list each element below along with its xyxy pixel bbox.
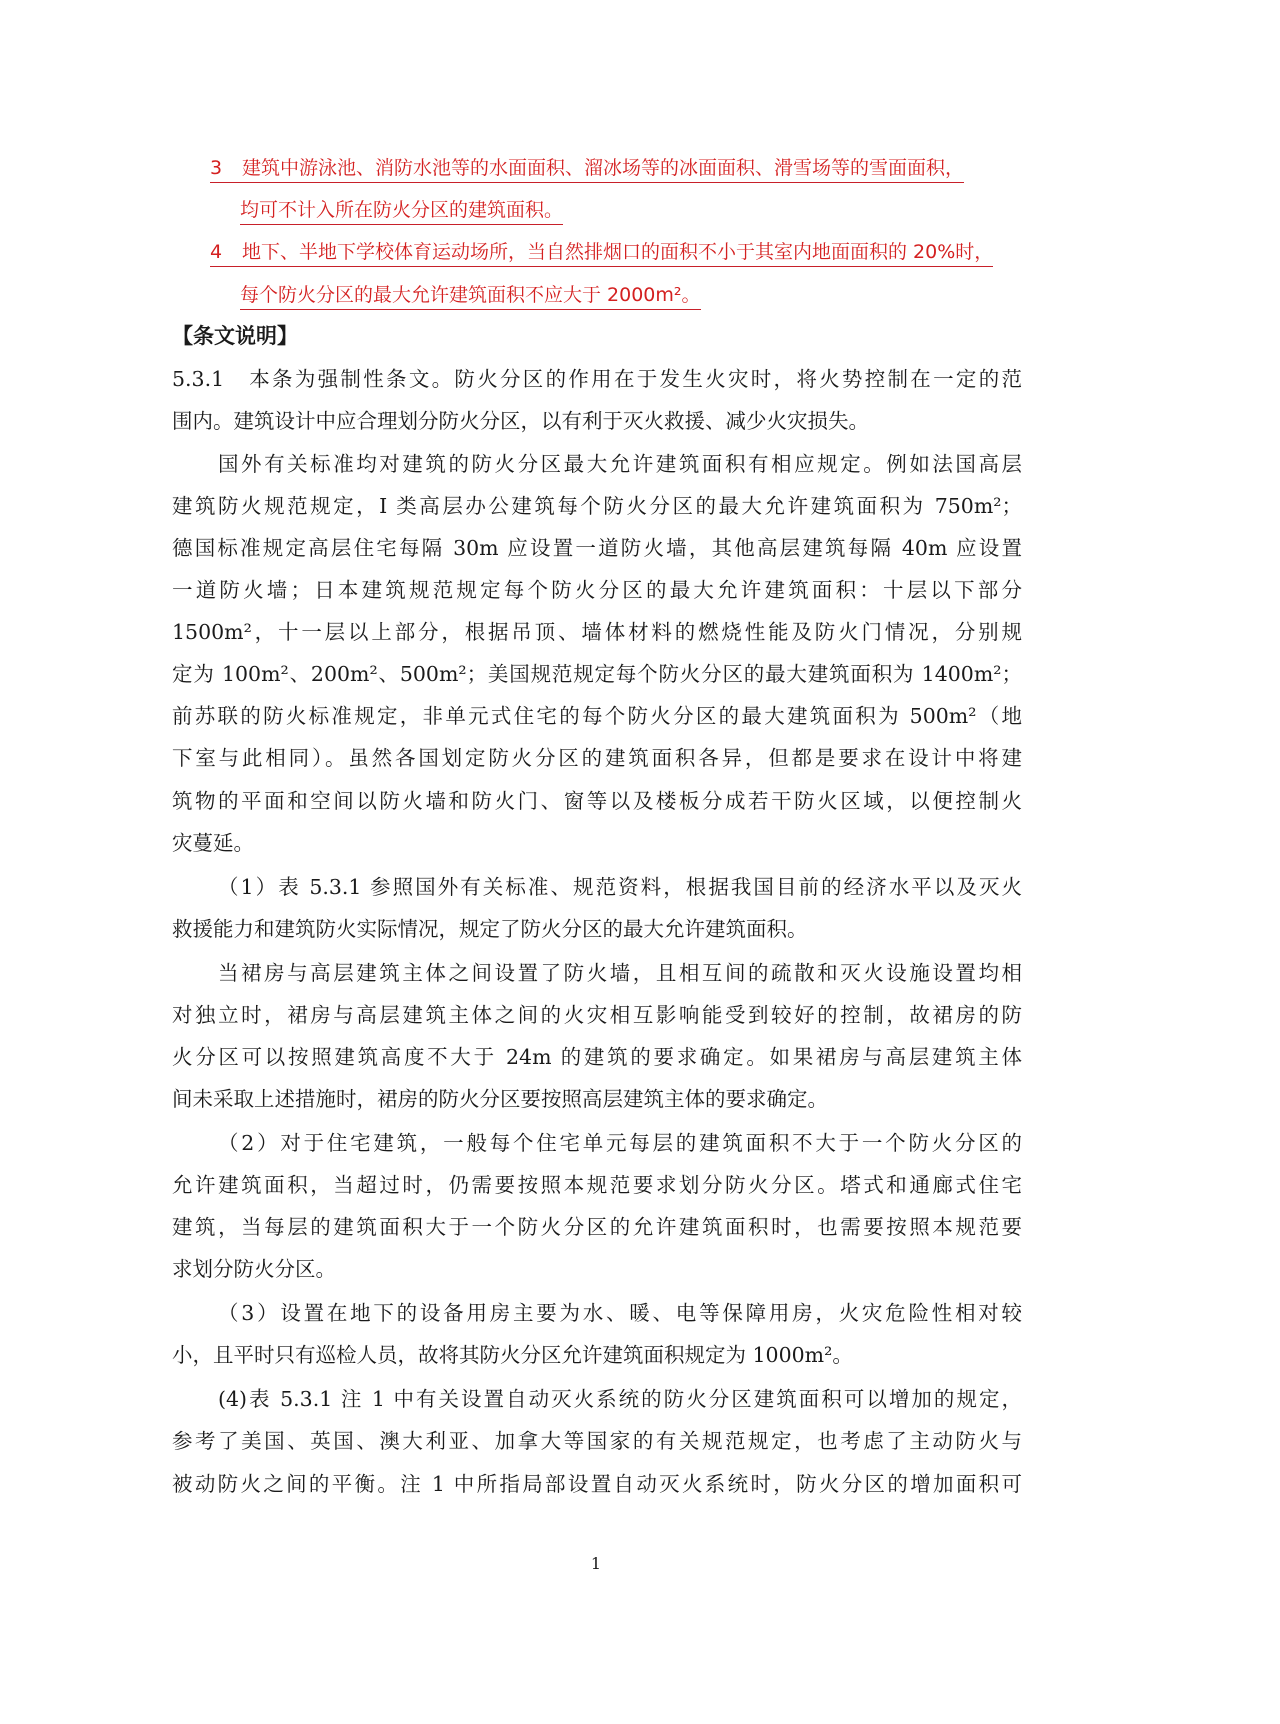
body-line: 国外有关标准均对建筑的防火分区最大允许建筑面积有相应规定。例如法国高层 [218,451,1022,477]
body-line: 5.3.1 本条为强制性条文。防火分区的作用在于发生火灾时，将火势控制在一定的范 [172,366,1022,392]
body-line: （3）设置在地下的设备用房主要为水、暖、电等保障用房，火灾危险性相对较 [218,1300,1022,1326]
body-line: 灾蔓延。 [172,830,1022,856]
red-item-4-line-2: 每个防火分区的最大允许建筑面积不应大于 2000m²。 [240,283,701,310]
body-line: （1）表 5.3.1 参照国外有关标准、规范资料，根据我国目前的经济水平以及灭火 [218,874,1022,900]
page-number: 1 [0,1554,1192,1573]
body-line: 建筑，当每层的建筑面积大于一个防火分区的允许建筑面积时，也需要按照本规范要 [172,1214,1022,1240]
body-line: 允许建筑面积，当超过时，仍需要按照本规范要求划分防火分区。塔式和通廊式住宅 [172,1172,1022,1198]
body-line: 被动防火之间的平衡。注 1 中所指局部设置自动灭火系统时，防火分区的增加面积可 [172,1471,1022,1497]
body-line: 间未采取上述措施时，裙房的防火分区要按照高层建筑主体的要求确定。 [172,1086,1022,1112]
body-line: 筑物的平面和空间以防火墙和防火门、窗等以及楼板分成若干防火区域，以便控制火 [172,788,1022,814]
item-number: 4 [210,240,242,264]
body-line: 火分区可以按照建筑高度不大于 24m 的建筑的要求确定。如果裙房与高层建筑主体 [172,1044,1022,1070]
body-line: 1500m²，十一层以上部分，根据吊顶、墙体材料的燃烧性能及防火门情况，分别规 [172,619,1022,645]
red-item-4-line-1: 4地下、半地下学校体育运动场所，当自然排烟口的面积不小于其室内地面面积的 20%… [210,240,993,267]
body-line: 前苏联的防火标准规定，非单元式住宅的每个防火分区的最大建筑面积为 500m²（地 [172,703,1022,729]
body-line: 小，且平时只有巡检人员，故将其防火分区允许建筑面积规定为 1000m²。 [172,1342,1022,1368]
body-line: 对独立时，裙房与高层建筑主体之间的火灾相互影响能受到较好的控制，故裙房的防 [172,1002,1022,1028]
body-line: （2）对于住宅建筑，一般每个住宅单元每层的建筑面积不大于一个防火分区的 [218,1130,1022,1156]
body-line: 求划分防火分区。 [172,1256,1022,1282]
red-item-3-line-2: 均可不计入所在防火分区的建筑面积。 [240,198,563,225]
body-line: (4)表 5.3.1 注 1 中有关设置自动灭火系统的防火分区建筑面积可以增加的… [218,1386,1022,1412]
body-line: 救援能力和建筑防火实际情况，规定了防火分区的最大允许建筑面积。 [172,916,1022,942]
body-line: 参考了美国、英国、澳大利亚、加拿大等国家的有关规范规定，也考虑了主动防火与 [172,1428,1022,1454]
document-page: 3建筑中游泳池、消防水池等的水面面积、溜冰场等的冰面面积、滑雪场等的雪面面积， … [0,0,1280,1724]
body-line: 定为 100m²、200m²、500m²；美国规范规定每个防火分区的最大建筑面积… [172,661,1022,687]
body-line: 围内。建筑设计中应合理划分防火分区，以有利于灭火救援、减少火灾损失。 [172,408,1022,434]
body-line: 当裙房与高层建筑主体之间设置了防火墙，且相互间的疏散和灭火设施设置均相 [218,960,1022,986]
body-line: 一道防火墙；日本建筑规范规定每个防火分区的最大允许建筑面积：十层以下部分 [172,577,1022,603]
section-heading: 【条文说明】 [172,320,298,350]
body-line: 下室与此相同）。虽然各国划定防火分区的建筑面积各异，但都是要求在设计中将建 [172,745,1022,771]
red-item-3-line-1: 3建筑中游泳池、消防水池等的水面面积、溜冰场等的冰面面积、滑雪场等的雪面面积， [210,156,964,183]
item-number: 3 [210,156,242,180]
body-line: 德国标准规定高层住宅每隔 30m 应设置一道防火墙，其他高层建筑每隔 40m 应… [172,535,1022,561]
body-line: 建筑防火规范规定，I 类高层办公建筑每个防火分区的最大允许建筑面积为 750m²… [172,493,1022,519]
